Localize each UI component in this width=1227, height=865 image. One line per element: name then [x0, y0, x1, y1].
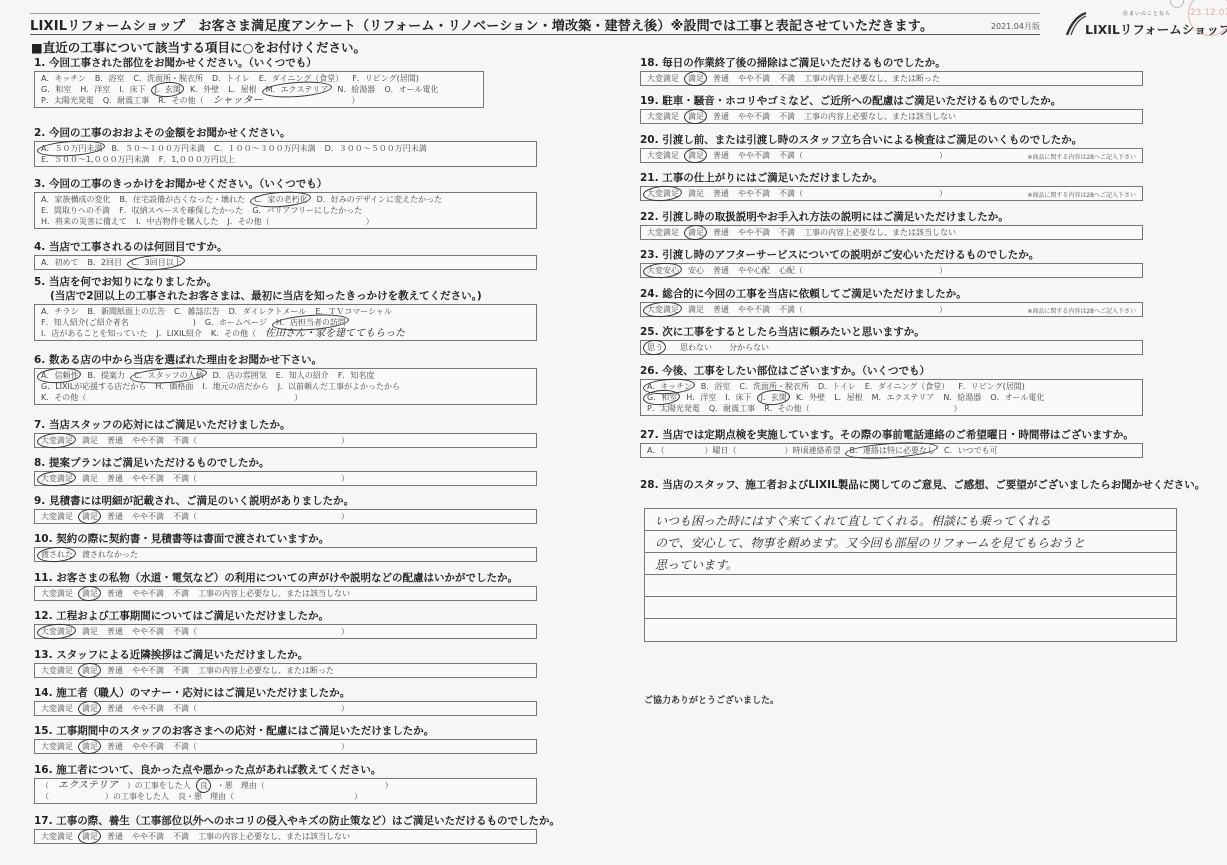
option[interactable]: 心配（ ） [779, 265, 947, 276]
option[interactable]: F．知人紹介(ご紹介者名 ) [41, 317, 196, 328]
option[interactable]: 大変満足 [647, 73, 679, 84]
handwritten-answer: 佐田さん・家を建ててもらった [265, 328, 405, 339]
answer-row: 大変満足満足普通やや不満不満（ ）※商品に関する内容は28へご記入下さい [647, 304, 1136, 315]
option-selected[interactable]: 大変満足 [41, 626, 73, 637]
answer-box: A．キッチンB．浴室C．洗面所・脱衣所D．トイレE．ダイニング（食堂）F．リビン… [640, 379, 1143, 416]
option[interactable]: D．３００～５００万円未満 [325, 143, 427, 154]
option[interactable]: M．エクステリア [872, 392, 935, 403]
option[interactable]: D．ダイレクトメール [229, 306, 307, 317]
option[interactable]: 大変満足 [41, 703, 73, 714]
option[interactable]: 普通 [713, 150, 729, 161]
question-title: 21. 工事の仕上がりにはご満足いただけましたか。 [640, 171, 1143, 185]
answer-row: A．家族構成の変化B．住宅設備が古くなった・壊れたC．家の老朽化D．好みのデザイ… [41, 194, 530, 205]
option[interactable]: O．オール電化 [990, 392, 1044, 403]
option[interactable]: H．将来の災害に備えて [41, 216, 127, 227]
answer-row: 大変満足満足普通やや不満不満工事の内容上必要なし、または該当しない [41, 588, 530, 599]
section-heading: ■直近の工事について該当する項目に○をお付けください。 [31, 38, 366, 56]
option[interactable]: やや不満 [738, 304, 770, 315]
question-12: 12. 工程および工事期間についてはご満足いただけましたか。大変満足満足普通やや… [34, 609, 537, 639]
option[interactable]: 大変満足 [41, 511, 73, 522]
option[interactable]: D．好みのデザインに変えたかった [317, 194, 443, 205]
option-selected[interactable]: 大変満足 [647, 304, 679, 315]
question-title: 2. 今回の工事のおおよその金額をお聞かせください。 [34, 126, 537, 140]
option[interactable]: I．店があることを知っていた [41, 328, 147, 339]
option[interactable]: 普通 [713, 227, 729, 238]
option[interactable]: 大変満足 [647, 150, 679, 161]
option[interactable]: H．洋室 [686, 392, 716, 403]
question-subtitle: (当店で2回以上の工事されたお客さまは、最初に当店を知ったきっかけを教えてくださ… [34, 289, 537, 303]
logo-tagline: 住まいのことなら [1123, 10, 1171, 17]
note-text: ※商品に関する内容は28へご記入下さい [1027, 306, 1136, 317]
option-selected[interactable]: B．連絡は特に必要なし [849, 445, 935, 456]
option[interactable]: 不満 [779, 227, 795, 238]
answer-row: A．（ ）曜日（ ）時頃連絡希望B．連絡は特に必要なしC．いつでも可 [647, 445, 1136, 456]
answer-row: P．太陽光発電Q．耐震工事R．その他（ ） [647, 403, 1136, 414]
question-title: 27. 当店では定期点検を実施しています。その際の事前電話連絡のご希望曜日・時間… [640, 428, 1143, 442]
question-20: 20. 引渡し前、または引渡し時のスタッフ立ち合いによる検査はご満足のいくもので… [640, 133, 1143, 163]
option-selected[interactable]: C．3回目以上 [131, 257, 182, 268]
answer-row: 大変満足満足普通やや不満不満（ ） [41, 741, 530, 752]
answer-row: A．キッチンB．浴室C．洗面所・脱衣所D．トイレE．ダイニング（食堂）F．リビン… [647, 381, 1136, 392]
answer-box: 大変満足満足普通やや不満不満工事の内容上必要なし、または断った [34, 663, 537, 678]
note-text: ※商品に関する内容は28へご記入下さい [1027, 152, 1136, 163]
answer-row: （エクステリア）の工事をした人良・悪 理由（ ） [41, 780, 530, 791]
answer-row: G．和室H．洋室I．床下J．玄関K．外壁L．屋根M．エクステリアN．給湯器O．オ… [647, 392, 1136, 403]
question-title: 9. 見積書には明細が記載され、ご満足のいく説明がありましたか。 [34, 494, 537, 508]
answer-box: 渡された渡されなかった [34, 547, 537, 562]
question-9: 9. 見積書には明細が記載され、ご満足のいく説明がありましたか。大変満足満足普通… [34, 494, 537, 524]
option[interactable]: 普通 [107, 588, 123, 599]
option[interactable]: 工事の内容上必要なし、または該当しない [198, 831, 350, 842]
option[interactable]: J．以前頼んだ工事がよかったから [278, 381, 400, 392]
option[interactable]: R．その他（ ） [764, 403, 962, 414]
option[interactable]: やや不満 [132, 473, 164, 484]
option[interactable]: B．2回目 [87, 257, 122, 268]
option[interactable]: 工事の内容上必要なし、または該当しない [804, 227, 956, 238]
answer-box: 大変満足満足普通やや不満不満工事の内容上必要なし、または該当しない [34, 586, 537, 601]
option-selected[interactable]: 大変満足 [41, 435, 73, 446]
option[interactable]: 渡されなかった [82, 549, 138, 560]
option[interactable]: 満足 [82, 473, 98, 484]
option[interactable]: やや不満 [738, 227, 770, 238]
thanks-message: ご協力ありがとうございました。 [644, 693, 779, 706]
option[interactable]: A．チラシ [41, 306, 78, 317]
answer-box: 大変満足満足普通やや不満不満（ ） [34, 509, 537, 524]
answer-box: A．初めてB．2回目C．3回目以上 [34, 255, 537, 270]
option[interactable]: B．新聞紙面上の広告 [87, 306, 165, 317]
answer-row: I．店があることを知っていたJ．LIXIL紹介K．その他（佐田さん・家を建てても… [41, 328, 530, 339]
question-title: 10. 契約の際に契約書・見積書等は書面で渡されていますか。 [34, 532, 537, 546]
question-16: 16. 施工者について、良かった点や悪かった点があれば教えてください。（エクステ… [34, 763, 537, 804]
option[interactable]: やや不満 [738, 150, 770, 161]
option-selected[interactable]: A．信頼性 [41, 370, 78, 381]
option[interactable]: E．間取りへの不満 [41, 205, 110, 216]
option[interactable]: D．トイレ [212, 73, 250, 84]
question-title: 26. 今後、工事をしたい部位はございますか。（いくつでも） [640, 364, 1143, 378]
option[interactable]: 大変満足 [41, 741, 73, 752]
option[interactable]: 安心 [688, 265, 704, 276]
option[interactable]: B．浴室 [95, 73, 125, 84]
question-24: 24. 総合的に今回の工事を当店に依頼してご満足いただけましたか。大変満足満足普… [640, 287, 1143, 317]
option[interactable]: 不満 [173, 831, 189, 842]
option[interactable]: F．リビング(居間) [958, 381, 1025, 392]
answer-box: 大変満足満足普通やや不満不満工事の内容上必要なし、または該当しない [34, 829, 537, 844]
option[interactable]: 思わない [672, 342, 712, 353]
option[interactable]: 大変満足 [41, 831, 73, 842]
answer-box: 大変満足満足普通やや不満不満（ ） [34, 739, 537, 754]
question-title: 15. 工事期間中のスタッフのお客さまへの応対・配慮にはご満足いただけましたか。 [34, 724, 537, 738]
question-title: 23. 引渡し時のアフターサービスについての説明がご安心いただけるものでしたか。 [640, 248, 1143, 262]
option[interactable]: H．洋室 [80, 84, 110, 95]
option[interactable]: G．LIXILが応援する店だから [41, 381, 146, 392]
option[interactable]: ）の工事をした人 [127, 780, 191, 791]
question-23: 23. 引渡し時のアフターサービスについての説明がご安心いただけるものでしたか。… [640, 248, 1143, 278]
option[interactable]: やや心配 [738, 265, 770, 276]
option[interactable]: 不満 [779, 111, 795, 122]
option[interactable]: 満足 [82, 435, 98, 446]
question-19: 19. 駐車・騒音・ホコリやゴミなど、ご近所への配慮はご満足いただけるものでした… [640, 94, 1143, 124]
comment-line [645, 619, 1176, 641]
answer-row: 大変安心安心普通やや心配心配（ ） [647, 265, 1136, 276]
question-title: 20. 引渡し前、または引渡し時のスタッフ立ち合いによる検査はご満足のいくもので… [640, 133, 1143, 147]
option[interactable]: L．屋根 [228, 84, 256, 95]
option[interactable]: Q．耐震工事 [709, 403, 755, 414]
answer-row: 渡された渡されなかった [41, 549, 530, 560]
answer-box: 大変満足満足普通やや不満不満（ ） [34, 433, 537, 448]
answer-box: A．信頼性B．提案力C．スタッフの人柄D．店の雰囲気E．知人の紹介F．知名度G．… [34, 368, 537, 405]
option[interactable]: C．いつでも可 [944, 445, 998, 456]
answer-box: A．（ ）曜日（ ）時頃連絡希望B．連絡は特に必要なしC．いつでも可 [640, 443, 1143, 458]
edition-label: 2021.04月版 [991, 21, 1040, 34]
survey-title: LIXILリフォームショップ お客さま満足度アンケート（リフォーム・リノベーショ… [30, 15, 933, 34]
answer-row: A．初めてB．2回目C．3回目以上 [41, 257, 530, 268]
option[interactable]: 不満 [779, 73, 795, 84]
option[interactable]: N．給湯器 [337, 84, 375, 95]
question-title: 11. お客さまの私物（水道・電気など）の利用についての声がけや説明などの配慮は… [34, 571, 537, 585]
option[interactable]: O．オール電化 [384, 84, 438, 95]
option[interactable]: G．バリアフリーにしたかった [252, 205, 362, 216]
option[interactable]: P．太陽光発電 [41, 95, 94, 106]
option-selected[interactable]: G．和室 [647, 392, 677, 403]
option[interactable]: 普通 [107, 435, 123, 446]
question-10: 10. 契約の際に契約書・見積書等は書面で渡されていますか。渡された渡されなかっ… [34, 532, 537, 562]
option[interactable]: 普通 [107, 665, 123, 676]
comment-line [645, 575, 1176, 597]
option[interactable]: 普通 [713, 73, 729, 84]
answer-box: A．キッチンB．浴室C．洗面所・脱衣所D．トイレE．ダイニング（食堂）F．リビン… [34, 71, 484, 108]
option[interactable]: J．LIXIL紹介 [156, 328, 201, 339]
option-selected[interactable]: 満足 [82, 665, 98, 676]
option-selected[interactable]: 思う [647, 342, 663, 353]
option[interactable]: B．浴室 [701, 381, 731, 392]
option[interactable]: 大変満足 [647, 111, 679, 122]
option[interactable]: ・悪 理由（ ） [217, 780, 393, 791]
option[interactable]: 不満（ ） [779, 304, 947, 315]
answer-box: 大変満足満足普通やや不満不満工事の内容上必要なし、または断った [640, 71, 1143, 86]
option-selected[interactable]: J．玄関 [155, 84, 181, 95]
question-title: 16. 施工者について、良かった点や悪かった点があれば教えてください。 [34, 763, 537, 777]
option[interactable]: 不満（ ） [173, 473, 349, 484]
option[interactable]: 不満（ ） [173, 435, 349, 446]
option-selected[interactable]: C．家の老朽化 [254, 194, 308, 205]
option-selected[interactable]: 満足 [82, 741, 98, 752]
option[interactable]: K．外壁 [190, 84, 219, 95]
answer-row: 大変満足満足普通やや不満不満（ ） [41, 626, 530, 637]
comment-line [645, 597, 1176, 619]
option[interactable]: I．地元の店だから [202, 381, 268, 392]
question-title: 5. 当店を何でお知りになりましたか。 [34, 275, 537, 289]
option[interactable]: 普通 [107, 511, 123, 522]
question-22: 22. 引渡し時の取扱説明やお手入れ方法の説明にはご満足いただけましたか。大変満… [640, 210, 1143, 240]
question-title: 7. 当店スタッフの応対にはご満足いただけましたか。 [34, 418, 537, 432]
question-title: 25. 次に工事をするとしたら当店に頼みたいと思いますか。 [640, 325, 1143, 339]
comment-line: 思っています。 [645, 553, 1176, 575]
option[interactable]: 不満（ ） [779, 188, 947, 199]
answer-box: 大変満足満足普通やや不満不満（ ）※商品に関する内容は28へご記入下さい [640, 148, 1143, 163]
option[interactable]: 不満 [173, 665, 189, 676]
option[interactable]: 満足 [82, 626, 98, 637]
answer-row: E．間取りへの不満F．収納スペースを確保したかったG．バリアフリーにしたかった [41, 205, 530, 216]
answer-box: A．チラシB．新聞紙面上の広告C．雑誌広告D．ダイレクトメールE．ＴＶコマーシャ… [34, 304, 537, 341]
question-2: 2. 今回の工事のおおよその金額をお聞かせください。A．５０万円未満B．５０～１… [34, 126, 537, 167]
option[interactable]: 普通 [107, 626, 123, 637]
question-17: 17. 工事の際、養生（工事部位以外へのホコリの侵入やキズの防止策など）はご満足… [34, 814, 537, 844]
answer-row: A．５０万円未満B．５０～１００万円未満C．１００～３００万円未満D．３００～５… [41, 143, 530, 154]
option-selected[interactable]: J．玄関 [761, 392, 787, 403]
answer-row: G．LIXILが応援する店だからH．価格面I．地元の店だからJ．以前頼んだ工事が… [41, 381, 530, 392]
option[interactable]: G．和室 [41, 84, 71, 95]
answer-row: 大変満足満足普通やや不満不満（ ）※商品に関する内容は28へご記入下さい [647, 188, 1136, 199]
option[interactable]: A．初めて [41, 257, 78, 268]
option[interactable]: 不満（ ） [173, 741, 349, 752]
option[interactable]: 大変満足 [41, 665, 73, 676]
question-title: 18. 毎日の作業終了後の掃除はご満足いただけるものでしたか。 [640, 56, 1143, 70]
question-11: 11. お客さまの私物（水道・電気など）の利用についての声がけや説明などの配慮は… [34, 571, 537, 601]
answer-box: 思う 思わない 分からない [640, 340, 1143, 355]
option[interactable]: 良・悪 理由（ ） [178, 791, 362, 802]
option[interactable]: 満足 [688, 188, 704, 199]
answer-box: A．家族構成の変化B．住宅設備が古くなった・壊れたC．家の老朽化D．好みのデザイ… [34, 192, 537, 229]
option-selected[interactable]: 満足 [688, 73, 704, 84]
question-title: 28. 当店のスタッフ、施工者およびLIXIL製品に関してのご意見、ご感想、ご要… [640, 478, 1225, 492]
answer-row: E．５００～1,０００万円未満F．1,０００万円以上 [41, 154, 530, 165]
question-27: 27. 当店では定期点検を実施しています。その際の事前電話連絡のご希望曜日・時間… [640, 428, 1143, 458]
question-14: 14. 施工者（職人）のマナー・応対にはご満足いただけましたか。大変満足満足普通… [34, 686, 537, 716]
answer-row: H．将来の災害に備えてI．中古物件を購入したJ．その他（ ） [41, 216, 530, 227]
option[interactable]: D．トイレ [818, 381, 856, 392]
answer-box: 大変安心安心普通やや心配心配（ ） [640, 263, 1143, 278]
option-selected[interactable]: 大変満足 [647, 188, 679, 199]
option[interactable]: 大変満足 [41, 588, 73, 599]
question-title: 13. スタッフによる近隣挨拶はご満足いただけましたか。 [34, 648, 537, 662]
option[interactable]: 不満（ ） [173, 703, 349, 714]
option[interactable]: 工事の内容上必要なし、または該当しない [804, 111, 956, 122]
question-title: 22. 引渡し時の取扱説明やお手入れ方法の説明にはご満足いただけましたか。 [640, 210, 1143, 224]
answer-row: 大変満足満足普通やや不満不満工事の内容上必要なし、または断った [647, 73, 1136, 84]
stamp-date: 23.12.07 [1190, 8, 1227, 18]
option[interactable]: やや不満 [132, 626, 164, 637]
question-26: 26. 今後、工事をしたい部位はございますか。（いくつでも）A．キッチンB．浴室… [640, 364, 1143, 416]
option[interactable]: C．１００～３００万円未満 [214, 143, 316, 154]
option[interactable]: ） [272, 95, 360, 106]
option[interactable]: やや不満 [738, 73, 770, 84]
note-text: ※商品に関する内容は28へご記入下さい [1027, 190, 1136, 201]
option[interactable]: 普通 [713, 111, 729, 122]
option[interactable]: 不満 [173, 588, 189, 599]
question-title: 24. 総合的に今回の工事を当店に依頼してご満足いただけましたか。 [640, 287, 1143, 301]
option[interactable]: やや不満 [132, 831, 164, 842]
option-selected[interactable]: 満足 [688, 150, 704, 161]
option[interactable]: N．給湯器 [943, 392, 981, 403]
option[interactable]: F．リビング(居間) [352, 73, 419, 84]
option-selected[interactable]: 大変満足 [41, 473, 73, 484]
option[interactable]: やや不満 [738, 111, 770, 122]
option[interactable]: E．知人の紹介 [276, 370, 329, 381]
option[interactable]: 工事の内容上必要なし、または該当しない [198, 588, 350, 599]
question-title: 3. 今回の工事のきっかけをお聞かせください。（いくつでも） [34, 177, 537, 191]
option[interactable]: 満足 [688, 304, 704, 315]
option[interactable]: F．知名度 [338, 370, 375, 381]
question-13: 13. スタッフによる近隣挨拶はご満足いただけましたか。大変満足満足普通やや不満… [34, 648, 537, 678]
stamp-mark [1170, 0, 1184, 8]
survey-header: LIXILリフォームショップ お客さま満足度アンケート（リフォーム・リノベーショ… [30, 17, 1040, 35]
answer-row: P．太陽光発電Q．耐震工事R．その他（シャッター ） [41, 95, 477, 106]
option[interactable]: 普通 [107, 473, 123, 484]
option-selected[interactable]: 満足 [688, 111, 704, 122]
option[interactable]: 普通 [713, 188, 729, 199]
lixil-logo: 住まいのことなら LIXILリフォームショップ [1065, 10, 1200, 40]
option[interactable]: やや不満 [132, 588, 164, 599]
option[interactable]: 不満（ ） [173, 511, 349, 522]
question-title: 14. 施工者（職人）のマナー・応対にはご満足いただけましたか。 [34, 686, 537, 700]
option[interactable]: A．（ ）曜日（ ）時頃連絡希望 [647, 445, 840, 456]
question-6: 6. 数ある店の中から当店を選ばれた理由をお聞かせ下さい。A．信頼性B．提案力C… [34, 353, 537, 405]
option[interactable]: 普通 [713, 265, 729, 276]
question-title: 4. 当店で工事されるのは何回目ですか。 [34, 240, 537, 254]
option-selected[interactable]: 満足 [82, 703, 98, 714]
option[interactable]: 工事の内容上必要なし、または断った [198, 665, 334, 676]
option[interactable]: やや不満 [132, 741, 164, 752]
option[interactable]: （ [41, 780, 49, 791]
option[interactable]: A．キッチン [41, 73, 86, 84]
option[interactable]: やや不満 [132, 435, 164, 446]
option-selected[interactable]: 良 [200, 780, 208, 791]
option-selected[interactable]: A．５０万円未満 [41, 143, 102, 154]
option[interactable]: L．屋根 [834, 392, 862, 403]
answer-box: 大変満足満足普通やや不満不満（ ）※商品に関する内容は28へご記入下さい [640, 302, 1143, 317]
comment-box[interactable]: いつも困った時にはすぐ来てくれて直してくれる。相談にも乗ってくれる ので、安心し… [644, 508, 1177, 642]
option[interactable]: 分からない [721, 342, 769, 353]
comment-line: いつも困った時にはすぐ来てくれて直してくれる。相談にも乗ってくれる [645, 509, 1176, 531]
option[interactable]: E．ダイニング（食堂） [865, 381, 949, 392]
answer-box: 大変満足満足普通やや不満不満（ ） [34, 701, 537, 716]
question-18: 18. 毎日の作業終了後の掃除はご満足いただけるものでしたか。大変満足満足普通や… [640, 56, 1143, 86]
option-selected[interactable]: 満足 [82, 588, 98, 599]
option-selected[interactable]: 満足 [82, 511, 98, 522]
option[interactable]: やや不満 [738, 188, 770, 199]
question-21: 21. 工事の仕上がりにはご満足いただけましたか。大変満足満足普通やや不満不満（… [640, 171, 1143, 201]
answer-box: （エクステリア）の工事をした人良・悪 理由（ ）（ ）の工事をした人良・悪 理由… [34, 778, 537, 804]
option[interactable]: I．中古物件を購入した [136, 216, 218, 227]
option[interactable]: 不満（ ） [779, 150, 947, 161]
answer-row: A．チラシB．新聞紙面上の広告C．雑誌広告D．ダイレクトメールE．ＴＶコマーシャ… [41, 306, 530, 317]
answer-row: 思う 思わない 分からない [647, 342, 1136, 353]
option[interactable]: 普通 [107, 703, 123, 714]
option-selected[interactable]: 満足 [82, 831, 98, 842]
option[interactable]: 普通 [107, 831, 123, 842]
question-1: 1. 今回工事された部位をお聞かせください。（いくつでも）A．キッチンB．浴室C… [34, 56, 484, 108]
option[interactable]: R．その他（ [158, 95, 204, 106]
question-title: 8. 提案プランはご満足いただけるものでしたか。 [34, 456, 537, 470]
option[interactable]: 工事の内容上必要なし、または断った [804, 73, 940, 84]
option-selected[interactable]: 満足 [688, 227, 704, 238]
option[interactable]: H．価格面 [155, 381, 193, 392]
answer-row: 大変満足満足普通やや不満不満（ ） [41, 703, 530, 714]
option[interactable]: やや不満 [132, 703, 164, 714]
option[interactable]: K．外壁 [796, 392, 825, 403]
answer-box: 大変満足満足普通やや不満不満（ ） [34, 624, 537, 639]
option[interactable]: A．家族構成の変化 [41, 194, 110, 205]
option[interactable]: K．その他（ ） [41, 392, 302, 403]
option-selected[interactable]: C．スタッフの人柄 [134, 370, 204, 381]
option-selected[interactable]: M．エクステリア [266, 84, 329, 95]
question-5: 5. 当店を何でお知りになりましたか。(当店で2回以上の工事されたお客さまは、最… [34, 275, 537, 341]
option-selected[interactable]: H．店担当者の訪問 [276, 317, 346, 328]
option[interactable]: （ ）の工事をした人 [41, 791, 169, 802]
option[interactable]: P．太陽光発電 [647, 403, 700, 414]
option[interactable]: J．その他（ ） [227, 216, 373, 227]
option[interactable]: B．５０～１００万円未満 [111, 143, 205, 154]
option[interactable]: 大変満足 [647, 227, 679, 238]
answer-box: 大変満足満足普通やや不満不満（ ）※商品に関する内容は28へご記入下さい [640, 186, 1143, 201]
answer-row: 大変満足満足普通やや不満不満工事の内容上必要なし、または該当しない [647, 111, 1136, 122]
option[interactable]: F．1,０００万円以上 [159, 154, 235, 165]
question-15: 15. 工事期間中のスタッフのお客さまへの応対・配慮にはご満足いただけましたか。… [34, 724, 537, 754]
answer-row: K．その他（ ） [41, 392, 530, 403]
option-selected[interactable]: 大変安心 [647, 265, 679, 276]
option[interactable]: やや不満 [132, 511, 164, 522]
option[interactable]: B．提案力 [87, 370, 125, 381]
answer-row: （ ）の工事をした人良・悪 理由（ ） [41, 791, 530, 802]
option[interactable]: 普通 [713, 304, 729, 315]
answer-row: 大変満足満足普通やや不満不満（ ） [41, 511, 530, 522]
option[interactable]: G．ホームページ [205, 317, 267, 328]
answer-row: A．信頼性B．提案力C．スタッフの人柄D．店の雰囲気E．知人の紹介F．知名度 [41, 370, 530, 381]
answer-box: 大変満足満足普通やや不満不満工事の内容上必要なし、または該当しない [640, 109, 1143, 124]
answer-row: 大変満足満足普通やや不満不満工事の内容上必要なし、または断った [41, 665, 530, 676]
handwritten-answer: シャッター [213, 95, 263, 106]
option[interactable]: B．住宅設備が古くなった・壊れた [119, 194, 245, 205]
answer-row: F．知人紹介(ご紹介者名 )G．ホームページH．店担当者の訪問 [41, 317, 530, 328]
question-28: 28. 当店のスタッフ、施工者およびLIXIL製品に関してのご意見、ご感想、ご要… [640, 478, 1225, 642]
option[interactable]: Q．耐震工事 [103, 95, 149, 106]
answer-box: 大変満足満足普通やや不満不満（ ） [34, 471, 537, 486]
option-selected[interactable]: 渡された [41, 549, 73, 560]
option[interactable]: E．５００～1,０００万円未満 [41, 154, 150, 165]
option[interactable]: 不満（ ） [173, 626, 349, 637]
option[interactable]: F．収納スペースを確保したかった [119, 205, 243, 216]
option[interactable]: I．床下 [725, 392, 751, 403]
handwritten-answer: エクステリア [58, 780, 118, 791]
option[interactable]: 普通 [107, 741, 123, 752]
option[interactable]: I．床下 [119, 84, 145, 95]
swoosh-icon [1065, 12, 1087, 36]
option[interactable]: K．その他（ [211, 328, 256, 339]
answer-box: 大変満足満足普通やや不満不満工事の内容上必要なし、または該当しない [640, 225, 1143, 240]
option[interactable]: D．店の雰囲気 [213, 370, 267, 381]
option[interactable]: やや不満 [132, 665, 164, 676]
option[interactable]: C．雑誌広告 [174, 306, 220, 317]
